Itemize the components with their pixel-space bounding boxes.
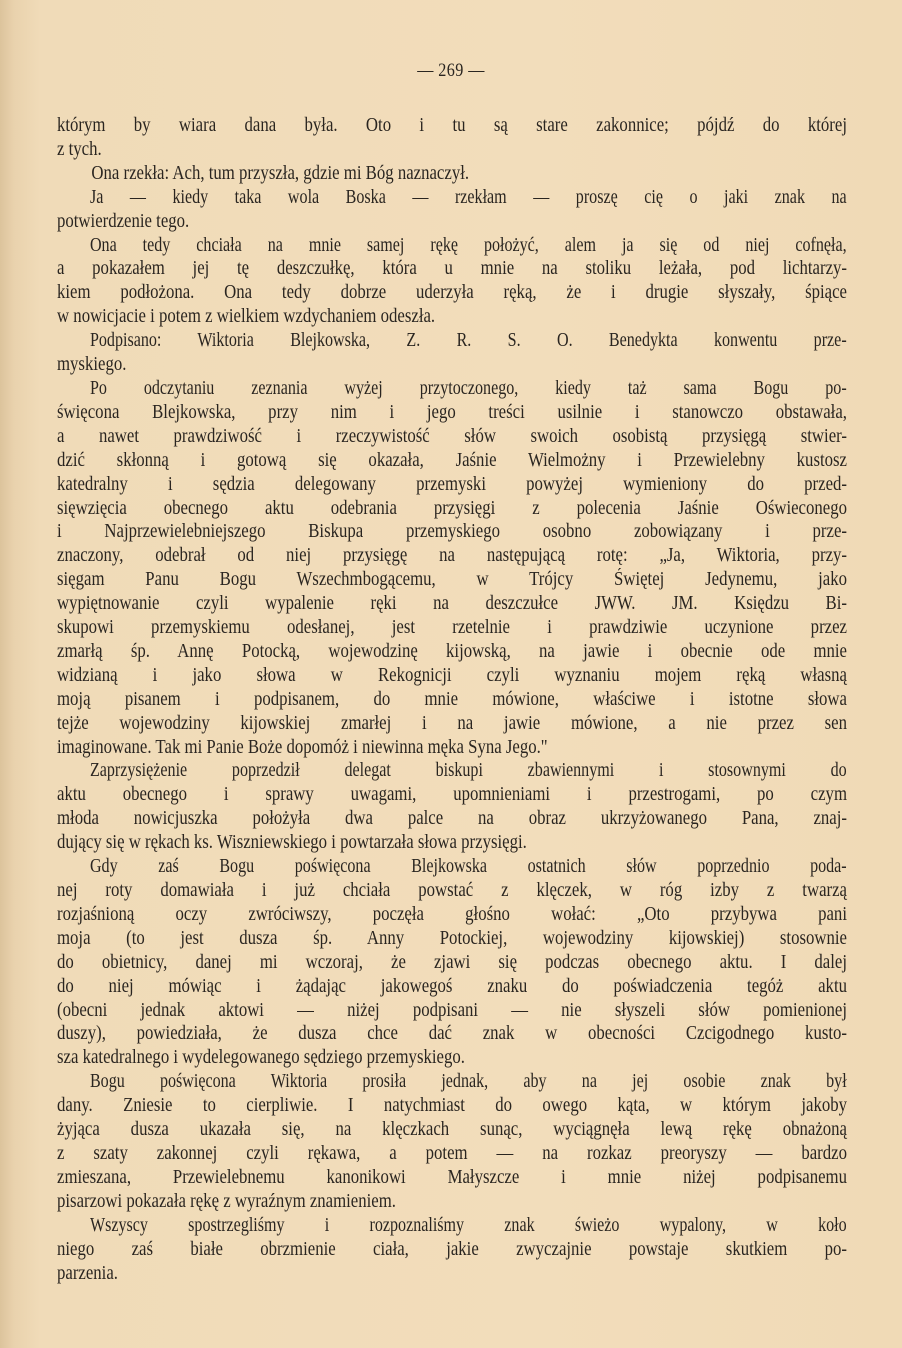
text-line: imaginowane. Tak mi Panie Boże dopomóż i…: [57, 736, 847, 760]
text-line: dzić skłonną i gotową się okazała, Jaśni…: [57, 449, 847, 473]
paragraph: Ja — kiedy taka wola Boska — rzekłam — p…: [57, 186, 847, 234]
paragraph: Ona rzekła: Ach, tum przyszła, gdzie mi …: [57, 162, 847, 186]
text-line: potwierdzenie tego.: [57, 210, 847, 234]
text-line: Gdy zaś Bogu poświęcona Blejkowska ostat…: [57, 855, 847, 879]
text-line: dujący się w rękach ks. Wiszniewskiego i…: [57, 831, 847, 855]
text-line: którym by wiara dana była. Oto i tu są s…: [57, 114, 847, 138]
text-line: widzianą i jako słowa w Rekognicji czyli…: [57, 664, 847, 688]
text-line: duszy), powiedziała, że dusza chce dać z…: [57, 1022, 847, 1046]
text-line: Ona rzekła: Ach, tum przyszła, gdzie mi …: [57, 162, 881, 186]
text-line: żyjąca dusza ukazała się, na klęczkach s…: [57, 1118, 847, 1142]
paragraph: Ona tedy chciała na mnie samej rękę poło…: [57, 234, 847, 330]
text-line: Bogu poświęcona Wiktoria prosiła jednak,…: [57, 1070, 847, 1094]
text-line: sza katedralnego i wydelegowanego sędzie…: [57, 1046, 847, 1070]
text-line: znaczony, odebrał od niej przysięgę na n…: [57, 544, 847, 568]
page-body-text: którym by wiara dana była. Oto i tu są s…: [57, 114, 847, 1285]
text-line: skupowi przemyskiemu odesłanej, jest rze…: [57, 616, 847, 640]
text-line: wypiętnowanie czyli wypalenie ręki na de…: [57, 592, 847, 616]
text-line: w nowicjacie i potem z wielkiem wzdychan…: [57, 305, 847, 329]
text-line: nej roty domawiała i już chciała powstać…: [57, 879, 847, 903]
text-line: a pokazałem jej tę deszczułkę, która u m…: [57, 257, 847, 281]
text-line: zmieszana, Przewielebnemu kanonikowi Mał…: [57, 1166, 847, 1190]
text-line: Podpisano: Wiktoria Blejkowska, Z. R. S.…: [57, 329, 847, 353]
text-line: Zaprzysiężenie poprzedził delegat biskup…: [57, 759, 847, 783]
text-line: (obecni jednak aktowi — niżej podpisani …: [57, 999, 847, 1023]
text-line: Ona tedy chciała na mnie samej rękę poło…: [57, 234, 847, 258]
text-line: moja (to jest dusza śp. Anny Potockiej, …: [57, 927, 847, 951]
paragraph: Gdy zaś Bogu poświęcona Blejkowska ostat…: [57, 855, 847, 1070]
paragraph: Po odczytaniu zeznania wyżej przytoczone…: [57, 377, 847, 760]
text-line: sięgam Panu Bogu Wszechmbogącemu, w Trój…: [57, 568, 847, 592]
page-number: — 269 —: [68, 60, 835, 82]
text-line: z szaty zakonnej czyli rękawa, a potem —…: [57, 1142, 847, 1166]
text-line: tejże wojewodziny kijowskiej zmarłej i n…: [57, 712, 847, 736]
text-line: Wszyscy spostrzegliśmy i rozpoznaliśmy z…: [57, 1214, 847, 1238]
paragraph: którym by wiara dana była. Oto i tu są s…: [57, 114, 847, 162]
text-line: do niej mówiąc i żądając jakowegoś znaku…: [57, 975, 847, 999]
paragraph: Wszyscy spostrzegliśmy i rozpoznaliśmy z…: [57, 1214, 847, 1286]
text-line: z tych.: [57, 138, 847, 162]
text-line: zmarłą śp. Annę Potocką, wojewodzinę kij…: [57, 640, 847, 664]
paragraph: Zaprzysiężenie poprzedził delegat biskup…: [57, 759, 847, 855]
paragraph: Podpisano: Wiktoria Blejkowska, Z. R. S.…: [57, 329, 847, 377]
text-line: kiem podłożona. Ona tedy dobrze uderzyła…: [57, 281, 847, 305]
text-line: dany. Zniesie to cierpliwie. I natychmia…: [57, 1094, 847, 1118]
text-line: parzenia.: [57, 1262, 847, 1286]
book-page: — 269 — którym by wiara dana była. Oto i…: [0, 0, 902, 1348]
text-line: aktu obecnego i sprawy uwagami, upomnien…: [57, 783, 847, 807]
text-line: myskiego.: [57, 353, 847, 377]
text-line: rozjaśnioną oczy zwróciwszy, poczęła gło…: [57, 903, 847, 927]
text-line: a nawet prawdziwość i rzeczywistość słów…: [57, 425, 847, 449]
text-line: do obietnicy, danej mi wczoraj, że zjawi…: [57, 951, 847, 975]
text-line: pisarzowi pokazała rękę z wyraźnym znami…: [57, 1190, 847, 1214]
text-line: sięwzięcia obecnego aktu odebrania przys…: [57, 497, 847, 521]
text-line: i Najprzewielebniejszego Biskupa przemys…: [57, 520, 847, 544]
text-line: Ja — kiedy taka wola Boska — rzekłam — p…: [57, 186, 847, 210]
text-line: Po odczytaniu zeznania wyżej przytoczone…: [57, 377, 847, 401]
text-line: katedralny i sędzia delegowany przemyski…: [57, 473, 847, 497]
text-line: młoda nowicjuszka położyła dwa palce na …: [57, 807, 847, 831]
text-line: święcona Blejkowska, przy nim i jego tre…: [57, 401, 847, 425]
text-line: moją pisanem i podpisanem, do mnie mówio…: [57, 688, 847, 712]
text-line: niego zaś białe obrzmienie ciała, jakie …: [57, 1238, 847, 1262]
paragraph: Bogu poświęcona Wiktoria prosiła jednak,…: [57, 1070, 847, 1213]
